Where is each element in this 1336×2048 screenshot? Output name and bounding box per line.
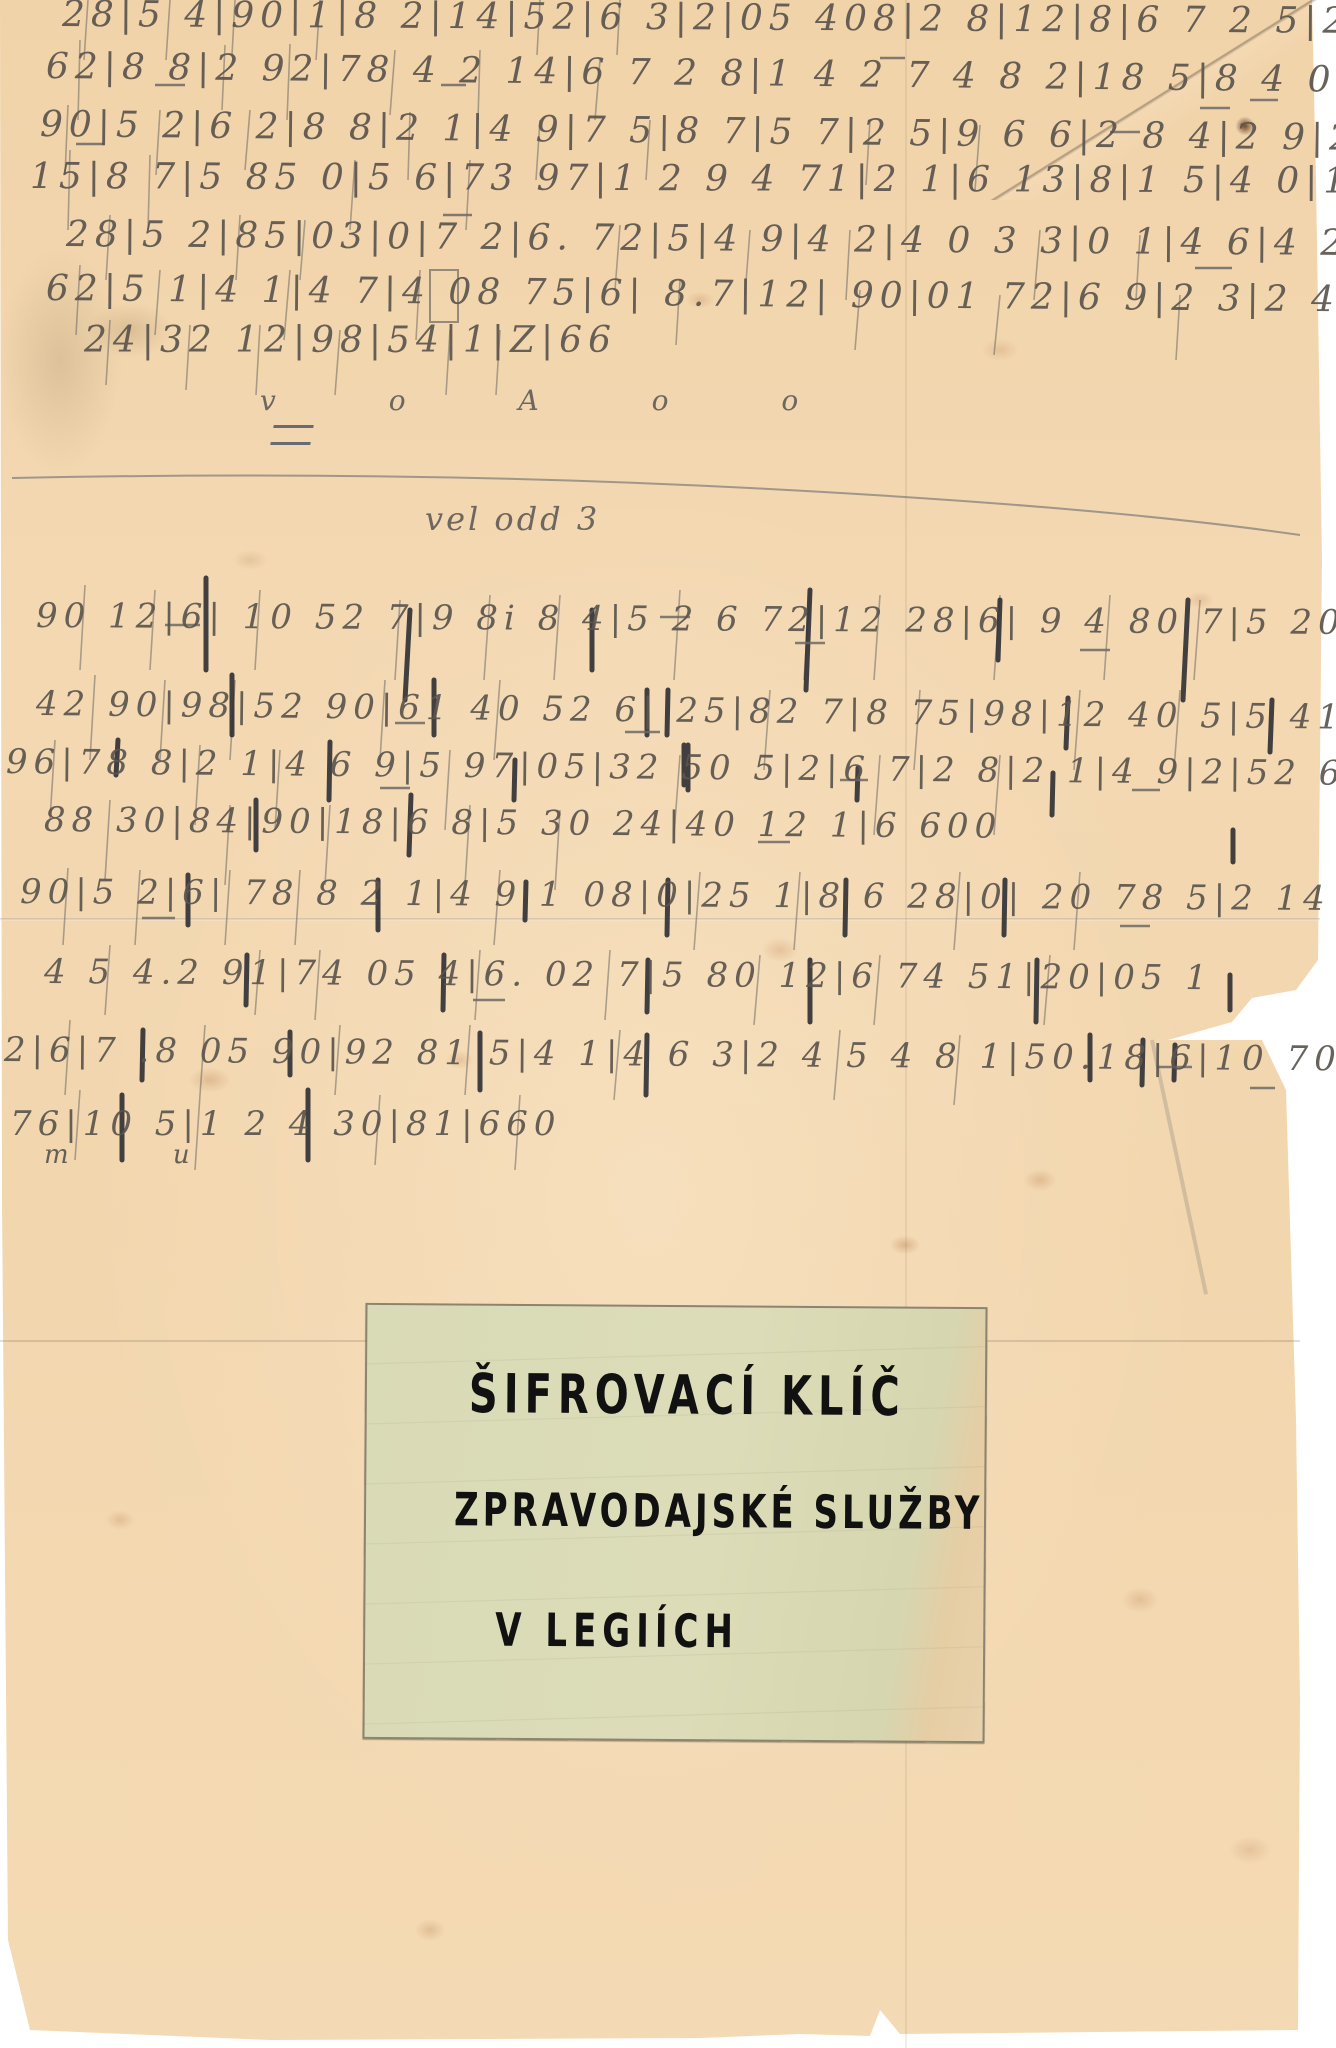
section-note: vel odd 3 — [425, 500, 600, 538]
cipher-row: 76|10 5|1 2 4 30|81|660 — [10, 1104, 562, 1144]
double-underline-mark — [270, 425, 314, 445]
cipher-row: 4 5 4.2 91|74 05 4|6. 02 7|5 80 12|6 74 … — [44, 952, 1213, 998]
horizontal-fold-crease — [0, 918, 1320, 921]
cipher-row: 90 12|6| 10 52 7|9 8i 8 4|5 2 6 72|12 28… — [36, 596, 1336, 643]
label-title-line-1: ŠIFROVACÍ KLÍČ — [469, 1364, 906, 1429]
label-title-line-2: ZPRAVODAJSKÉ SLUŽBY — [454, 1483, 984, 1541]
cipher-row: 88 30|84|90|18|6 8|5 30 24|40 12 1|6 600 — [44, 800, 1003, 847]
cipher-row: 15|8 7|5 85 0|5 6|73 97|1 2 9 4 71|2 1|6… — [30, 156, 1336, 202]
label-title-line-3: V LEGIÍCH — [495, 1604, 739, 1660]
letter-annotations: v o A o o — [260, 384, 850, 417]
pasted-title-label: ŠIFROVACÍ KLÍČ ZPRAVODAJSKÉ SLUŽBY V LEG… — [362, 1303, 987, 1743]
cipher-row: 90|5 2|6| 78 8 2 1|4 9 1 08|0|25 1|8 6 2… — [20, 872, 1336, 919]
cipher-row: 24|32 12|98|54|1|Z|66 — [84, 320, 617, 361]
letter-annotations: m u — [44, 1140, 238, 1170]
